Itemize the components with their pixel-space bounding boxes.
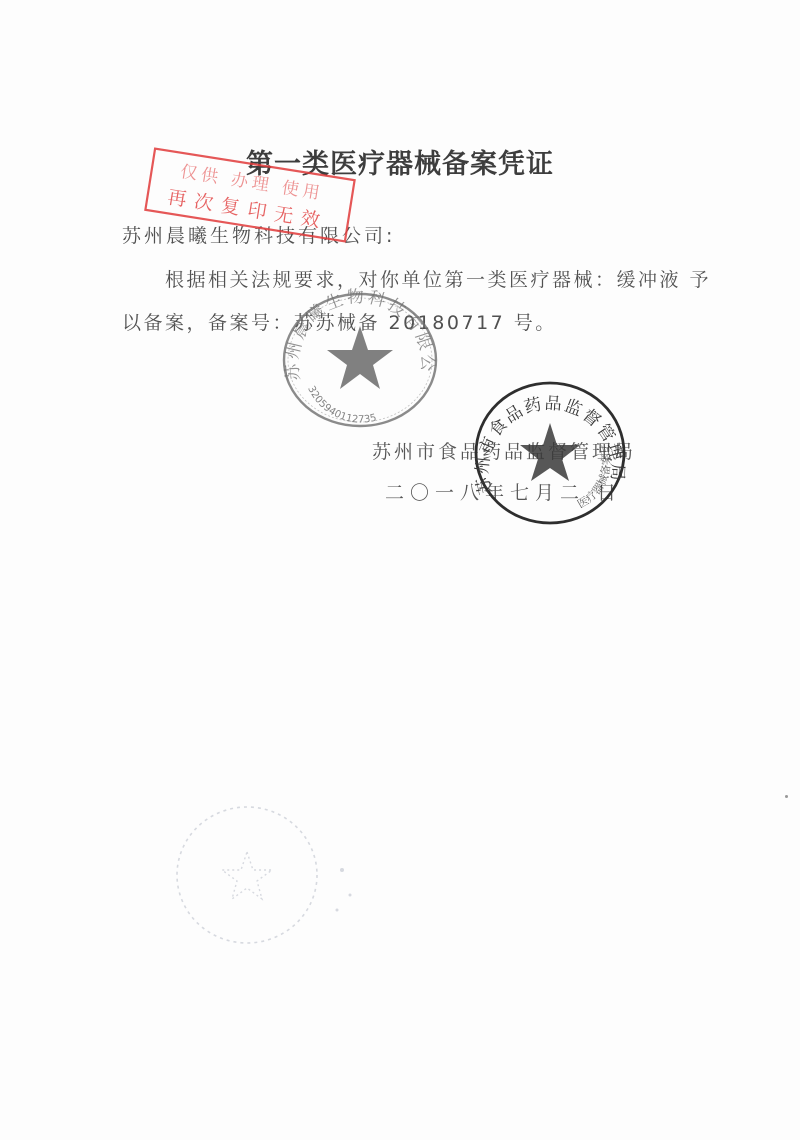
body-paragraph-line-2: 以备案，备案号：苏苏械备 20180717 号。 — [122, 308, 557, 335]
scan-speck — [785, 795, 788, 798]
document-title: 第一类医疗器械备案凭证 — [0, 142, 800, 181]
star-icon — [222, 852, 272, 899]
svg-text:3205940112735: 3205940112735 — [305, 384, 377, 425]
company-seal-code: 3205940112735 — [305, 384, 377, 425]
issuing-authority: 苏州市食品药品监督管理局 — [372, 437, 636, 464]
document-page: 第一类医疗器械备案凭证 苏州晨曦生物科技有限公司: 根据相关法规要求，对你单位第… — [0, 0, 800, 1140]
addressee: 苏州晨曦生物科技有限公司: — [122, 221, 395, 248]
issue-date: 二〇一八年七月二 日 — [385, 478, 622, 505]
faint-seal-impression — [162, 800, 362, 950]
star-icon — [327, 326, 393, 389]
body-paragraph-line-1: 根据相关法规要求，对你单位第一类医疗器械：缓冲液 予 — [165, 265, 711, 292]
